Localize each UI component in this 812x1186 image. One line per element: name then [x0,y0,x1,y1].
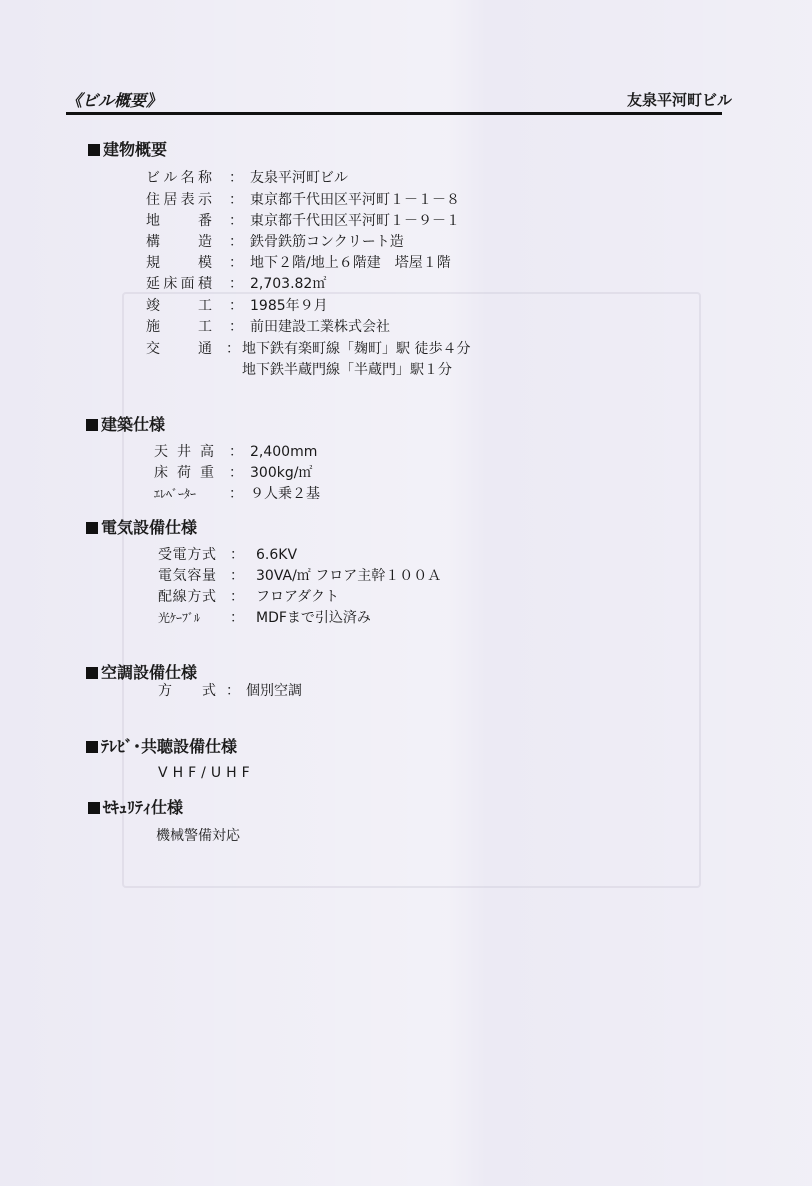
row-colon: ： [230,587,244,607]
row-label: 光ｹｰﾌﾞﾙ [158,608,216,628]
row-value: 東京都千代田区平河町１－１－８ [250,190,460,210]
row-colon: ： [229,211,243,231]
square-bullet-icon [86,522,98,534]
row-label: ｴﾚﾍﾞｰﾀｰ [154,484,214,504]
row-label: 配線方式 [158,587,216,607]
section-heading-security: ｾｷｭﾘﾃｨ仕様 [88,795,183,818]
section-heading-overview: 建物概要 [88,137,167,160]
row-colon: ： [229,296,243,316]
row-value: フロアダクト [256,587,339,607]
row-value: 30VA/㎡ フロア主幹１００Ａ [256,566,441,586]
row-colon: ： [230,608,244,628]
section-heading-text: ﾃﾚﾋﾞ･共聴設備仕様 [101,737,237,756]
row-value: 300kg/㎡ [250,463,312,483]
square-bullet-icon [86,419,98,431]
row-value: 友泉平河町ビル [250,168,348,188]
row-label: 方式 [158,681,216,701]
security-spec-value: 機械警備対応 [156,825,240,845]
row-value: 地下２階/地上６階建 塔屋１階 [250,253,451,273]
square-bullet-icon [86,741,98,753]
row-label: 規模 [146,253,212,273]
section-heading-text: 建物概要 [103,140,167,159]
row-value: 個別空調 [246,681,302,701]
row-value: 2,703.82㎡ [250,274,326,294]
square-bullet-icon [86,667,98,679]
section-heading-architecture: 建築仕様 [86,412,165,435]
row-value: 地下鉄有楽町線「麹町」駅 徒歩４分 [242,339,470,359]
square-bullet-icon [88,144,100,156]
row-value: MDFまで引込済み [256,608,371,628]
row-colon: ： [230,566,244,586]
row-value: 1985年９月 [250,296,328,316]
row-label: 電気容量 [158,566,216,586]
header-building-name: 友泉平河町ビル [627,89,732,110]
row-label: 延床面積 [146,274,212,294]
row-label: 天井高 [154,442,214,462]
tv-spec-value: VHF/UHF [158,765,255,781]
section-heading-text: 空調設備仕様 [101,663,197,682]
section-heading-tv: ﾃﾚﾋﾞ･共聴設備仕様 [86,734,237,757]
row-label: 受電方式 [158,545,216,565]
header-divider [66,112,722,115]
row-colon: ： [229,274,243,294]
row-label: 住居表示 [146,190,212,210]
row-label: 竣工 [146,296,212,316]
row-label: 施工 [146,317,212,337]
row-value: 6.6KV [256,545,297,565]
row-colon: ： [230,545,244,565]
row-colon: ： [229,232,243,252]
row-value-continued: 地下鉄半蔵門線「半蔵門」駅１分 [242,360,452,380]
section-heading-hvac: 空調設備仕様 [86,660,197,683]
row-value: 2,400mm [250,442,317,462]
row-colon: ： [226,681,240,701]
row-label: ビル名称 [146,168,212,188]
row-colon: ： [229,190,243,210]
row-value: 東京都千代田区平河町１－９－１ [250,211,460,231]
row-value: ９人乗２基 [250,484,320,504]
row-value: 鉄骨鉄筋コンクリート造 [250,232,404,252]
page-title: 《ビル概要》 [66,88,162,111]
row-colon: ： [229,253,243,273]
row-colon: ： [229,442,243,462]
section-heading-text: ｾｷｭﾘﾃｨ仕様 [103,798,183,817]
section-heading-electrical: 電気設備仕様 [86,515,197,538]
row-value: 前田建設工業株式会社 [250,317,390,337]
row-label: 地番 [146,211,212,231]
row-colon: ： [229,317,243,337]
section-heading-text: 建築仕様 [101,415,165,434]
row-colon: ： [229,484,243,504]
square-bullet-icon [88,802,100,814]
row-colon: ： [226,339,240,359]
row-label: 床荷重 [154,463,214,483]
section-heading-text: 電気設備仕様 [101,518,197,537]
row-colon: ： [229,168,243,188]
row-label: 構造 [146,232,212,252]
page-header: 《ビル概要》 友泉平河町ビル [66,88,722,114]
row-label: 交通 [146,339,212,359]
row-colon: ： [229,463,243,483]
